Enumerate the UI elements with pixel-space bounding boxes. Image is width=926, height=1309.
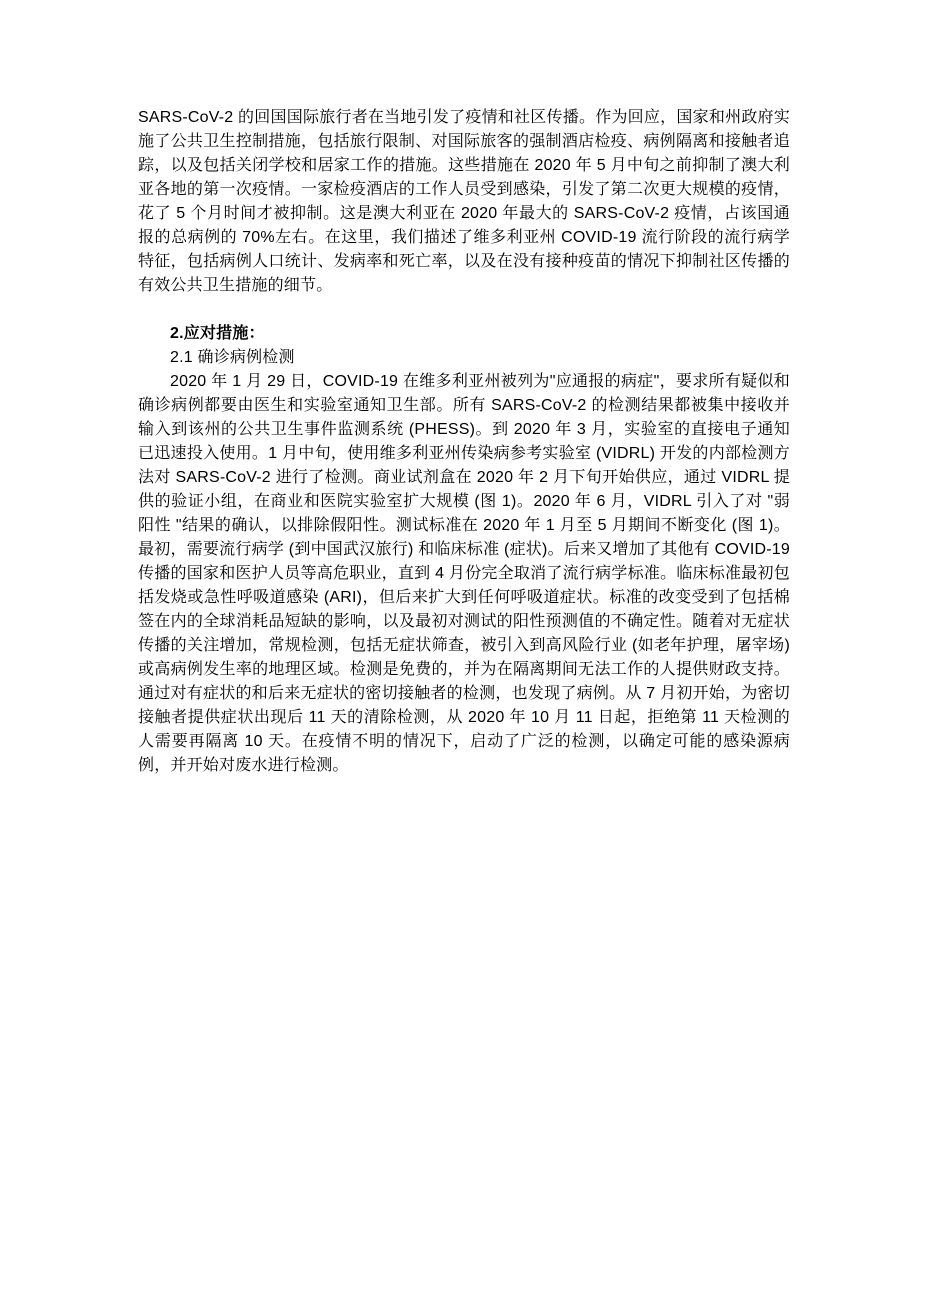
case-testing-paragraph: 2020 年 1 月 29 日，COVID-19 在维多利亚州被列为"应通报的病… xyxy=(138,370,790,778)
section-heading-response-measures: 2.应对措施： xyxy=(138,322,790,346)
document-text-block: SARS-CoV-2 的回国国际旅行者在当地引发了疫情和社区传播。作为回应，国家… xyxy=(138,106,790,778)
intro-paragraph: SARS-CoV-2 的回国国际旅行者在当地引发了疫情和社区传播。作为回应，国家… xyxy=(138,106,790,298)
document-page: SARS-CoV-2 的回国国际旅行者在当地引发了疫情和社区传播。作为回应，国家… xyxy=(0,0,926,1309)
subsection-heading-confirmed-case-testing: 2.1 确诊病例检测 xyxy=(138,346,790,370)
